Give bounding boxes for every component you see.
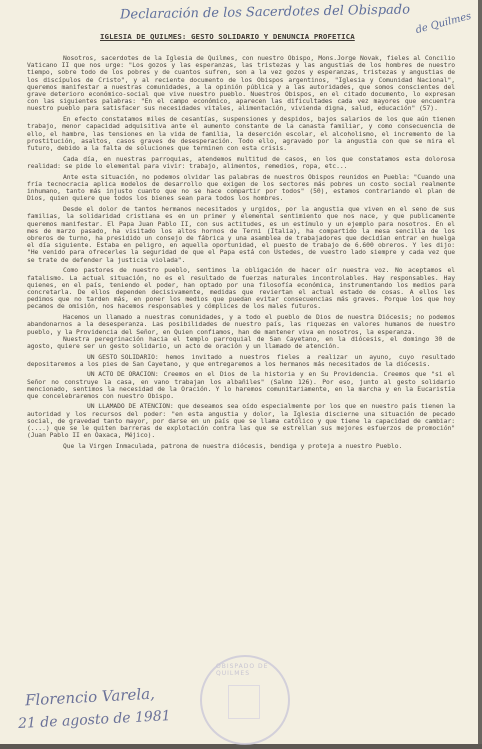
stamp-text: OBISPADO DE QUILMES xyxy=(216,663,288,677)
section-label: UN ACTO DE ORACION: xyxy=(87,371,159,378)
closing-paragraph: Que la Virgen Inmaculada, patrona de nue… xyxy=(27,443,455,450)
section-gesto-solidario: UN GESTO SOLIDARIO: hemos invitado a nue… xyxy=(27,354,455,368)
stamp-shield-icon xyxy=(228,685,260,719)
paragraph: Desde el dolor de tantos hermanos necesi… xyxy=(27,206,455,264)
paragraph: En efecto constatamos miles de cesantías… xyxy=(27,116,455,152)
document-body: Nosotros, sacerdotes de la Iglesia de Qu… xyxy=(27,55,455,453)
section-label: UN LLAMADO DE ATENCION: xyxy=(87,403,174,410)
paragraph: Ante esta situación, no podemos olvidar … xyxy=(27,174,455,203)
paragraph: Como pastores de nuestro pueblo, sentimo… xyxy=(27,267,455,310)
document-title: IGLESIA DE QUILMES: GESTO SOLIDARIO Y DE… xyxy=(100,32,355,41)
section-acto-de-oracion: UN ACTO DE ORACION: Creemos en el Dios d… xyxy=(27,371,455,400)
paragraph: Nuestra peregrinación hacia el templo pa… xyxy=(27,336,455,350)
section-label: UN GESTO SOLIDARIO: xyxy=(87,354,159,361)
paragraph: Cada día, en nuestras parroquias, atende… xyxy=(27,156,455,170)
paragraph: Nosotros, sacerdotes de la Iglesia de Qu… xyxy=(27,55,455,113)
scan-edge-right xyxy=(478,0,482,749)
section-llamado-de-atencion: UN LLAMADO DE ATENCION: que deseamos sea… xyxy=(27,403,455,439)
paragraph: Hacemos un llamado a nuestras comunidade… xyxy=(27,314,455,336)
official-stamp: OBISPADO DE QUILMES xyxy=(200,655,290,745)
